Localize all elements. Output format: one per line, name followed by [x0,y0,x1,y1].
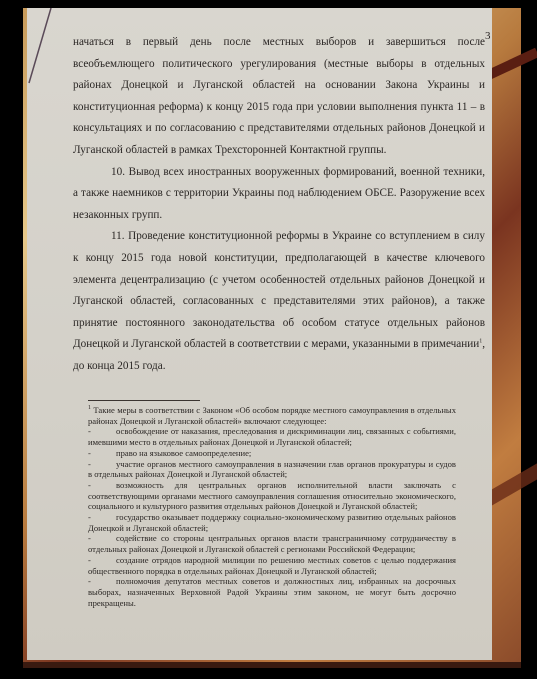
bullet-dash: - [88,448,116,459]
paragraph-11-text: 11. Проведение конституционной реформы в… [73,230,485,350]
footnote-item-text: создание отрядов народной милиции по реш… [88,555,456,576]
footnote-item: -освобождение от наказания, преследовани… [88,426,456,447]
footnote-item-text: освобождение от наказания, преследования… [88,426,456,447]
footnote-intro-text: Такие меры в соответствии с Законом «Об … [88,405,456,426]
bullet-dash: - [88,512,116,523]
footnote-separator [88,400,200,401]
table-edge-shadow [23,662,521,668]
footnote-marker: 1 [88,405,91,411]
paragraph-continuation: начаться в первый день после местных выб… [73,32,485,162]
bullet-dash: - [88,576,116,587]
footnote-item-text: участие органов местного самоуправления … [88,459,456,480]
bullet-dash: - [88,533,116,544]
footnote-intro: 1 Такие меры в соответствии с Законом «О… [88,405,456,426]
footnote-item: -содействие со стороны центральных орган… [88,533,456,554]
main-body: начаться в первый день после местных выб… [73,32,485,378]
document-page: 3 начаться в первый день после местных в… [27,8,492,660]
footnote-item: -государство оказывает поддержку социаль… [88,512,456,533]
footnote-item-text: возможность для центральных органов испо… [88,480,456,511]
footnote: 1 Такие меры в соответствии с Законом «О… [88,405,456,608]
bullet-dash: - [88,555,116,566]
footnote-item-text: полномочия депутатов местных советов и д… [88,576,456,607]
bullet-dash: - [88,480,116,491]
page-number: 3 [485,30,491,42]
footnote-item-text: содействие со стороны центральных органо… [88,533,456,554]
footnote-item: -право на языковое самоопределение; [88,448,456,459]
bullet-dash: - [88,459,116,470]
footnote-item: -полномочия депутатов местных советов и … [88,576,456,608]
footnote-item: -участие органов местного самоуправления… [88,459,456,480]
footnote-item: -создание отрядов народной милиции по ре… [88,555,456,576]
bullet-dash: - [88,426,116,437]
footnote-item: -возможность для центральных органов исп… [88,480,456,512]
footnote-item-text: государство оказывает поддержку социальн… [88,512,456,533]
footnote-item-text: право на языковое самоопределение; [116,448,251,458]
paragraph-10: 10. Вывод всех иностранных вооруженных ф… [73,162,485,227]
paragraph-11: 11. Проведение конституционной реформы в… [73,226,485,377]
